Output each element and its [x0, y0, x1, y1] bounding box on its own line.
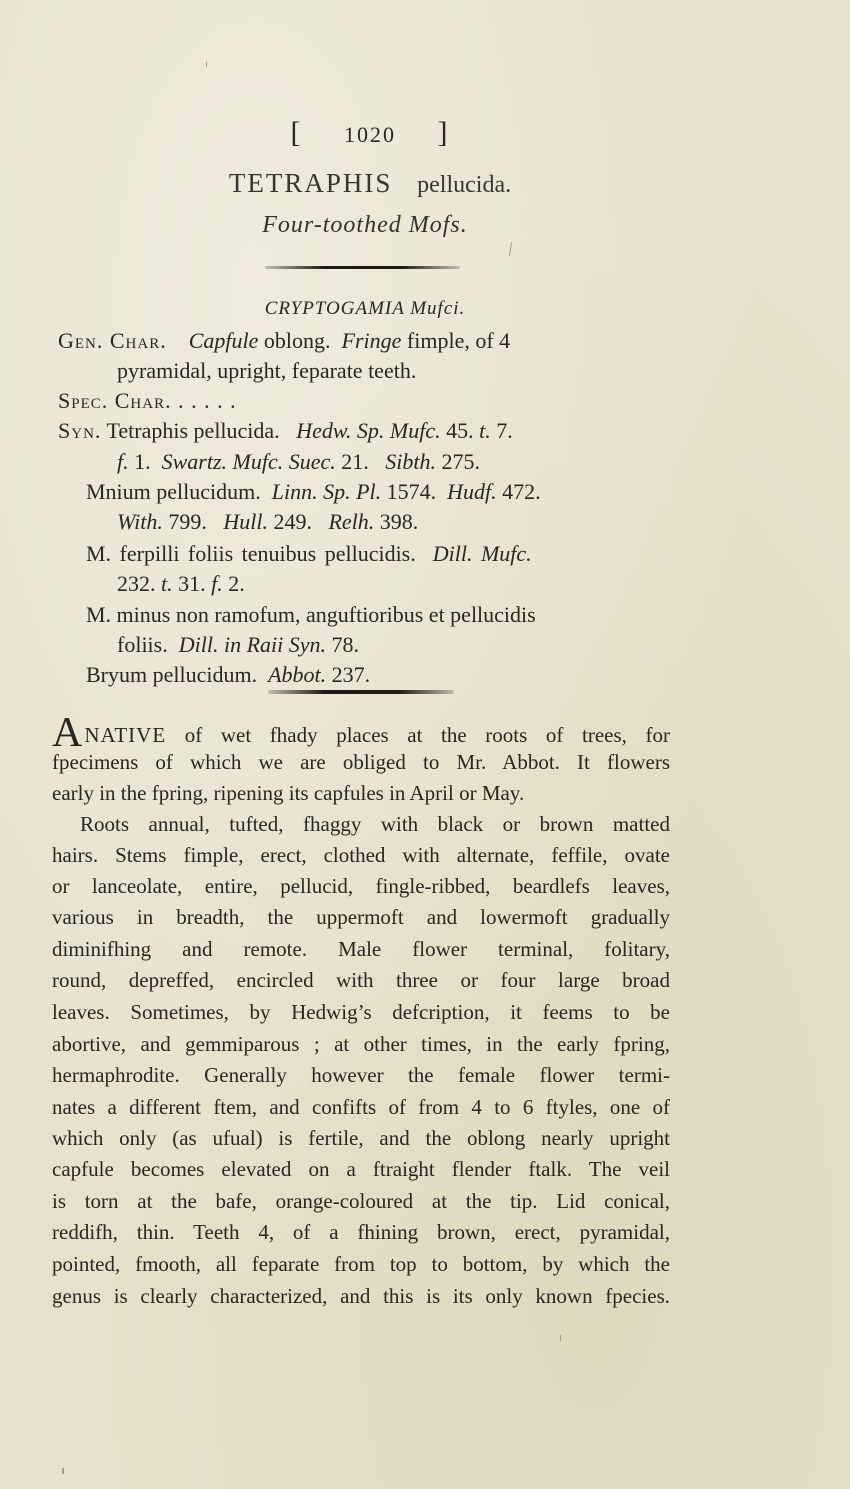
- synonym-line: f. 1. Swartz. Mufc. Suec. 21. Sibth. 275…: [117, 451, 480, 473]
- citation-number: 21.: [336, 449, 386, 474]
- body-line: reddifh, thin. Teeth 4, of a fhining bro…: [52, 1220, 670, 1245]
- synonym-text: Bryum pellucidum.: [86, 662, 268, 687]
- synonym-line: Mnium pellucidum. Linn. Sp. Pl. 1574. Hu…: [86, 481, 541, 503]
- citation: Hedw. Sp. Mufc.: [296, 418, 440, 443]
- species-title: TETRAPHIS pellucida.: [0, 168, 740, 199]
- synonym-line: Bryum pellucidum. Abbot. 237.: [86, 664, 370, 686]
- gen-char-term-fringe: Fringe: [342, 328, 402, 353]
- citation: Swartz. Mufc. Suec.: [162, 449, 336, 474]
- citation: Dill. Mufc.: [433, 541, 532, 566]
- paper-speck: [62, 1468, 64, 1474]
- citation-number: 78.: [326, 632, 359, 657]
- body-line: capfule becomes elevated on a ftraight f…: [52, 1157, 670, 1182]
- body-line: diminifhing and remote. Male flower term…: [52, 937, 670, 962]
- book-page: [ 1020 ] TETRAPHIS pellucida. Four-tooth…: [0, 0, 850, 1489]
- citation-number: 7.: [491, 418, 513, 443]
- page-number: 1020: [344, 122, 396, 147]
- gen-char-line-2: pyramidal, upright, feparate teeth.: [117, 360, 416, 382]
- gen-char-line-1: Gen. Char. Capfule oblong. Fringe fimple…: [58, 330, 510, 352]
- citation-number: 249.: [268, 509, 329, 534]
- citation-number: 31.: [173, 571, 212, 596]
- synonym-text: M. ferpilli foliis tenuibus pellucidis.: [86, 541, 433, 566]
- divider-rule-bottom: [268, 690, 454, 694]
- synonym-line: Syn. Tetraphis pellucida. Hedw. Sp. Mufc…: [58, 420, 513, 442]
- synonym-line: foliis. Dill. in Raii Syn. 78.: [117, 634, 359, 656]
- gen-char-text: oblong.: [258, 328, 336, 353]
- citation: f.: [211, 571, 223, 596]
- bracket-open: [: [291, 116, 303, 149]
- citation: t.: [161, 571, 173, 596]
- citation-number: 45.: [441, 418, 480, 443]
- common-name: Four-toothed Mofs.: [0, 212, 730, 239]
- body-line: which only (as ufual) is fertile, and th…: [52, 1126, 670, 1151]
- body-line: genus is clearly characterized, and this…: [52, 1284, 670, 1309]
- citation-number: 398.: [374, 509, 418, 534]
- gen-char-term-capsule: Capfule: [189, 328, 259, 353]
- species-name: pellucida.: [417, 172, 511, 198]
- body-line: or lanceolate, entire, pellucid, fingle-…: [52, 874, 670, 899]
- citation-number: 2.: [223, 571, 245, 596]
- body-line: hermaphrodite. Generally however the fem…: [52, 1063, 670, 1088]
- citation: Abbot.: [268, 662, 326, 687]
- body-line: is torn at the bafe, orange-coloured at …: [52, 1189, 670, 1214]
- citation: Hull.: [223, 509, 268, 534]
- body-smallcaps: NATIVE: [84, 723, 166, 747]
- citation-number: 232.: [117, 571, 161, 596]
- body-line: round, depreffed, encircled with three o…: [52, 968, 670, 993]
- body-text: of wet fhady places at the roots of tree…: [166, 723, 670, 747]
- citation: Linn. Sp. Pl.: [272, 479, 381, 504]
- page-number-header: [ 1020 ]: [0, 116, 740, 150]
- paper-speck: [560, 1335, 561, 1341]
- body-line: ANATIVE of wet fhady places at the roots…: [52, 712, 670, 754]
- synonym-line: M. minus non ramofum, anguftioribus et p…: [86, 604, 536, 626]
- classification: CRYPTOGAMIA Mufci.: [0, 298, 730, 320]
- paper-speck: [509, 242, 512, 256]
- gen-char-text: fimple, of 4: [401, 328, 510, 353]
- spec-char-label: Spec. Char. . . . . .: [58, 390, 237, 412]
- syn-label: Syn.: [58, 418, 101, 443]
- citation-number: 472.: [497, 479, 541, 504]
- citation: Sibth.: [385, 449, 436, 474]
- body-line: pointed, fmooth, all feparate from top t…: [52, 1252, 670, 1277]
- synonym-line: With. 799. Hull. 249. Relh. 398.: [117, 511, 418, 533]
- citation-number: 799.: [163, 509, 224, 534]
- synonym-text: foliis.: [117, 632, 179, 657]
- body-line: nates a different ftem, and confifts of …: [52, 1095, 670, 1120]
- body-line: various in breadth, the uppermoft and lo…: [52, 905, 670, 930]
- citation: f.: [117, 449, 129, 474]
- citation: Dill. in Raii Syn.: [179, 632, 326, 657]
- citation: Hudf.: [447, 479, 497, 504]
- citation-number: 1.: [129, 449, 157, 474]
- divider-rule-top: [265, 266, 460, 269]
- citation: t.: [479, 418, 491, 443]
- bracket-close: ]: [438, 116, 450, 149]
- synonym-line: 232. t. 31. f. 2.: [117, 573, 245, 595]
- synonym-text: Mnium pellucidum.: [86, 479, 266, 504]
- citation-number: 275.: [436, 449, 480, 474]
- synonym-text: Tetraphis pellucida.: [101, 418, 285, 443]
- paper-speck: [206, 62, 207, 67]
- genus-name: TETRAPHIS: [229, 168, 393, 198]
- synonym-line: M. ferpilli foliis tenuibus pellucidis. …: [86, 543, 532, 565]
- gen-char-label: Gen. Char.: [58, 328, 167, 353]
- citation-number: 1574.: [381, 479, 442, 504]
- body-line: early in the fpring, ripening its capful…: [52, 781, 670, 806]
- body-line: leaves. Sometimes, by Hedwig’s defcripti…: [52, 1000, 670, 1025]
- citation: With.: [117, 509, 163, 534]
- body-line: fpecimens of which we are obliged to Mr.…: [52, 750, 670, 775]
- citation: Relh.: [328, 509, 374, 534]
- body-line: abortive, and gemmiparous ; at other tim…: [52, 1032, 670, 1057]
- body-line: Roots annual, tufted, fhaggy with black …: [80, 812, 670, 837]
- citation-number: 237.: [326, 662, 370, 687]
- body-line: hairs. Stems fimple, erect, clothed with…: [52, 843, 670, 868]
